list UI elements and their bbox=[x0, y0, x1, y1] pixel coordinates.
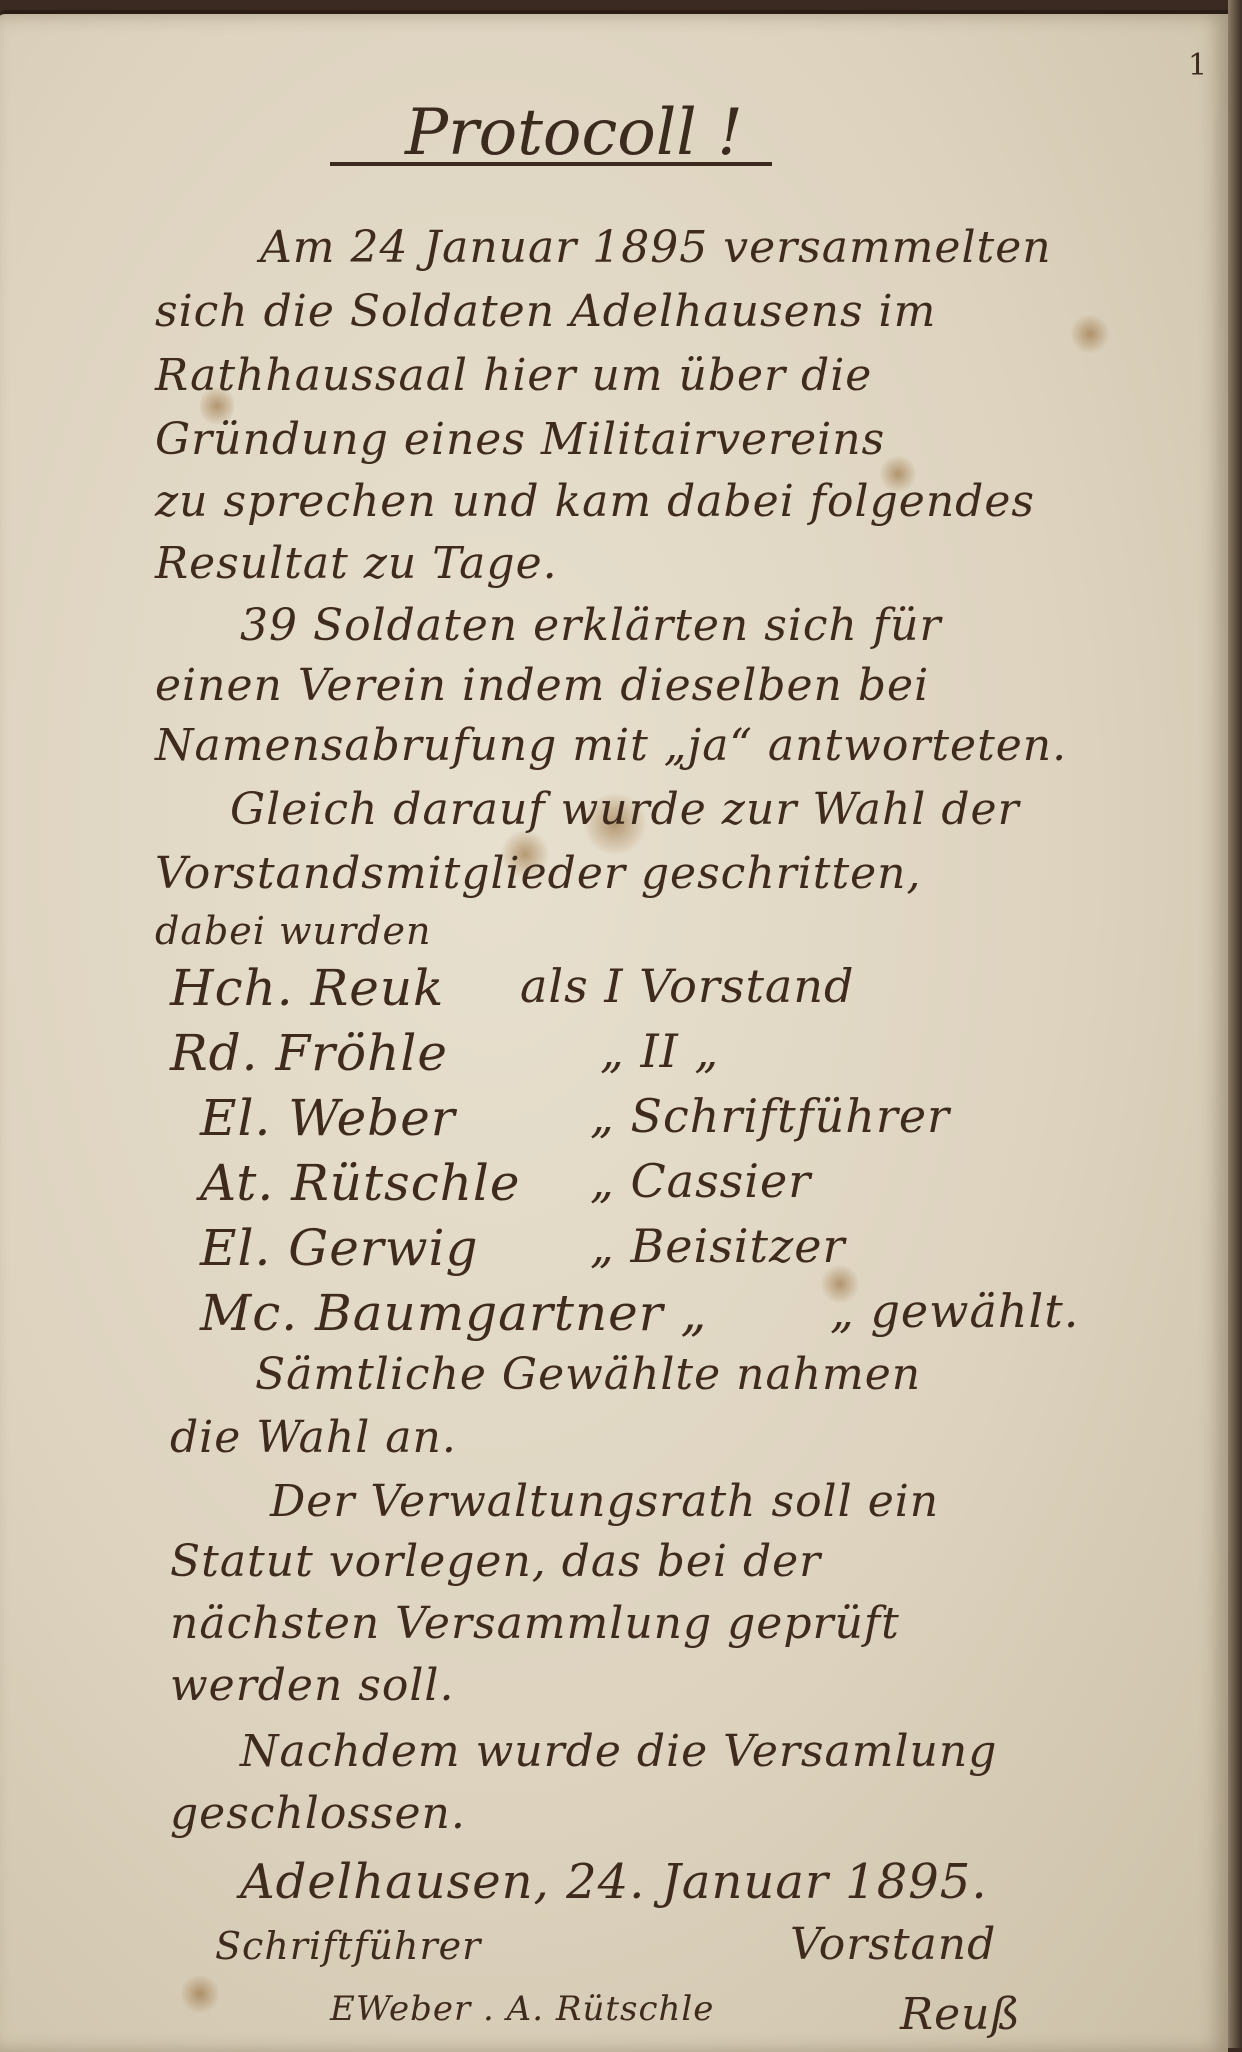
officer-role: „ Beisitzer bbox=[590, 1219, 845, 1273]
text-line: Rathhaussaal hier um über die bbox=[155, 350, 872, 401]
ink-stain bbox=[180, 1974, 220, 2014]
text-line: geschlossen. bbox=[170, 1788, 466, 1839]
officer-role: „ II „ bbox=[600, 1024, 719, 1078]
officer-role: „ Cassier bbox=[590, 1154, 811, 1208]
ink-stain bbox=[1070, 314, 1110, 354]
text-line: Am 24 Januar 1895 versammelten bbox=[260, 222, 1052, 273]
text-line: Gründung eines Militairvereins bbox=[155, 414, 885, 465]
officer-name: At. Rütschle bbox=[200, 1154, 521, 1212]
secretary-label: Schriftführer bbox=[215, 1924, 481, 1968]
book-edge bbox=[1228, 0, 1242, 2048]
officer-name: El. Weber bbox=[200, 1089, 456, 1147]
date-line: Adelhausen, 24. Januar 1895. bbox=[240, 1854, 988, 1910]
officer-role: „ gewählt. bbox=[830, 1284, 1079, 1338]
text-line: Gleich darauf wurde zur Wahl der bbox=[230, 784, 1020, 835]
text-line: nächsten Versammlung geprüft bbox=[170, 1598, 900, 1649]
text-line: die Wahl an. bbox=[170, 1412, 457, 1463]
text-line: Vorstandsmitglieder geschritten, bbox=[155, 848, 922, 899]
text-line: Nachdem wurde die Versamlung bbox=[240, 1726, 997, 1777]
text-line: Der Verwaltungsrath soll ein bbox=[270, 1476, 939, 1527]
text-line: Statut vorlegen, das bei der bbox=[170, 1536, 821, 1587]
text-line: zu sprechen und kam dabei folgendes bbox=[155, 476, 1035, 527]
secretary-signatures: EWeber . A. Rütschle bbox=[330, 1989, 714, 2029]
officer-name: Rd. Fröhle bbox=[170, 1024, 448, 1082]
text-line: dabei wurden bbox=[155, 909, 431, 953]
officer-role: „ Schriftführer bbox=[590, 1089, 950, 1143]
chairman-signature: Reuß bbox=[900, 1989, 1021, 2040]
text-line: Sämtliche Gewählte nahmen bbox=[255, 1349, 921, 1400]
officer-name: Hch. Reuk bbox=[170, 959, 444, 1017]
document-page: 1 Protocoll ! Am 24 Januar 1895 versamme… bbox=[0, 10, 1228, 2048]
text-line: werden soll. bbox=[170, 1660, 454, 1711]
page-number: 1 bbox=[1188, 48, 1207, 83]
chairman-label: Vorstand bbox=[790, 1919, 996, 1970]
text-line: einen Verein indem dieselben bei bbox=[155, 660, 929, 711]
text-line: Resultat zu Tage. bbox=[155, 538, 558, 589]
text-line: Namensabrufung mit „ja“ antworteten. bbox=[155, 720, 1067, 771]
document-title: Protocoll ! bbox=[405, 96, 743, 170]
officer-name: El. Gerwig bbox=[200, 1219, 479, 1277]
officer-name: Mc. Baumgartner „ bbox=[200, 1284, 707, 1342]
text-line: 39 Soldaten erklärten sich für bbox=[240, 600, 942, 651]
title-underline bbox=[330, 162, 772, 166]
text-line: sich die Soldaten Adelhausens im bbox=[155, 286, 936, 337]
officer-role: als I Vorstand bbox=[520, 959, 854, 1013]
